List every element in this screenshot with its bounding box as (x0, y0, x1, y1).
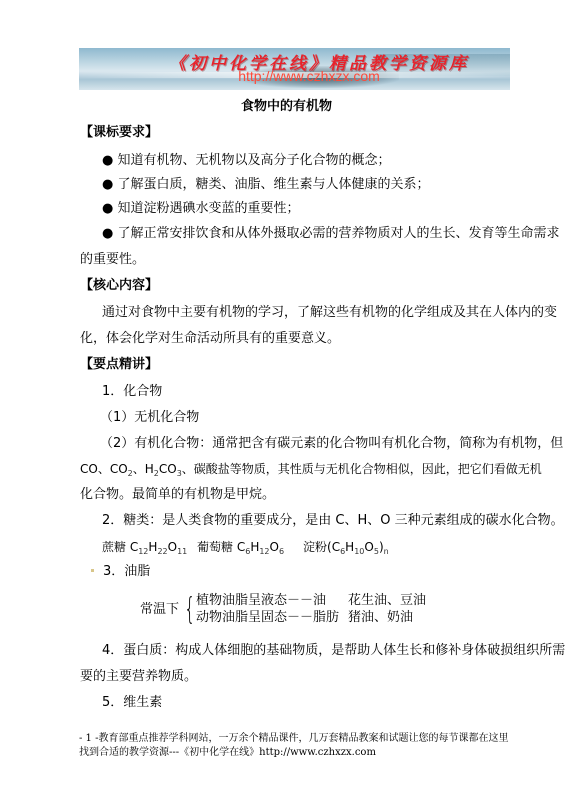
list-item-continuation: 的重要性。 (80, 252, 145, 268)
paragraph-line: 化合物。最简单的有机物是甲烷。 (80, 487, 275, 503)
paragraph-line: 4．蛋白质：构成人体细胞的基础物质，是帮助人体生长和修补身体破损组织所需 (102, 643, 565, 659)
bullet-icon: ● (102, 226, 113, 241)
list-item: ● 知道淀粉遇碘水变蓝的重要性； (102, 201, 300, 217)
section-heading-core: 【核心内容】 (80, 278, 158, 294)
page-number: - 1 - (79, 733, 98, 744)
list-item-text: 了解蛋白质，糖类、油脂、维生素与人体健康的关系； (117, 177, 429, 192)
footer-link[interactable]: http://www.czhxzx.com (259, 747, 376, 758)
bullet-icon: ● (102, 201, 113, 216)
page-footer: - 1 -教育部重点推荐学科网站，一万余个精品课件，几万套精品教案和试题让您的每… (79, 732, 519, 760)
point-heading: 5．维生素 (102, 695, 162, 711)
paragraph-line: （2）有机化合物：通常把含有碳元素的化合物叫有机化合物，简称为有机物，但 (100, 436, 563, 452)
fat-row-desc: 植物油脂呈液态－－油 (196, 593, 326, 609)
list-item-text: 知道淀粉遇碘水变蓝的重要性； (117, 201, 299, 216)
bullet-icon: ● (102, 153, 113, 168)
point-heading: 2．糖类：是人类食物的重要成分，是由 C、H、O 三种元素组成的碳水化合物。 (102, 513, 564, 529)
banner-url[interactable]: http://www.czhxzx.com (209, 68, 409, 84)
formula-starch: 淀粉(C6H10O5)n (303, 539, 389, 560)
footer-text: 教育部重点推荐学科网站，一万余个精品课件，几万套精品教案和试题让您的每节课都在这… (98, 733, 508, 744)
fat-row-examples: 花生油、豆油 (348, 593, 426, 609)
bracket-label: 常温下 (140, 602, 179, 618)
curly-brace-icon: { (184, 593, 195, 627)
formula-sucrose: 蔗糖 C12H22O11 (102, 539, 187, 560)
section-heading-key-points: 【要点精讲】 (80, 357, 158, 373)
paragraph-line: 要的主要营养物质。 (80, 669, 197, 685)
paragraph-line: 化，体会化学对生命活动所具有的重要意义。 (80, 331, 340, 347)
point-heading: 1．化合物 (102, 384, 162, 400)
footer-text: 找到合适的教学资源---《初中化学在线》 (79, 747, 259, 758)
point-subheading: （1）无机化合物 (100, 410, 199, 426)
section-heading-requirements: 【课标要求】 (80, 125, 158, 141)
stray-mark (91, 569, 94, 572)
site-banner[interactable]: 《初中化学在线》精品教学资源库 http://www.czhxzx.com (79, 48, 510, 90)
list-item: ● 了解蛋白质，糖类、油脂、维生素与人体健康的关系； (102, 177, 430, 193)
list-item: ● 知道有机物、无机物以及高分子化合物的概念； (102, 153, 391, 169)
list-item: ● 了解正常安排饮食和从体外摄取必需的营养物质对人的生长、发育等生命需求 (102, 226, 560, 242)
list-item-text: 了解正常安排饮食和从体外摄取必需的营养物质对人的生长、发育等生命需求 (117, 226, 559, 241)
bullet-icon: ● (102, 177, 113, 192)
point-heading: 3．油脂 (103, 564, 150, 580)
document-page: 《初中化学在线》精品教学资源库 http://www.czhxzx.com 食物… (0, 0, 573, 810)
fat-row-examples: 猪油、奶油 (348, 610, 413, 626)
formula-glucose: 葡萄糖 C6H12O6 (197, 539, 284, 560)
paragraph-line: 通过对食物中主要有机物的学习，了解这些有机物的化学组成及其在人体内的变 (102, 305, 557, 321)
page-title: 食物中的有机物 (0, 99, 573, 115)
list-item-text: 知道有机物、无机物以及高分子化合物的概念； (117, 153, 390, 168)
paragraph-line-formulas: CO、CO2、H2CO3、碳酸盐等物质，其性质与无机化合物相似，因此，把它们看做… (80, 461, 542, 482)
fat-row-desc: 动物油脂呈固态－－脂肪 (196, 610, 339, 626)
